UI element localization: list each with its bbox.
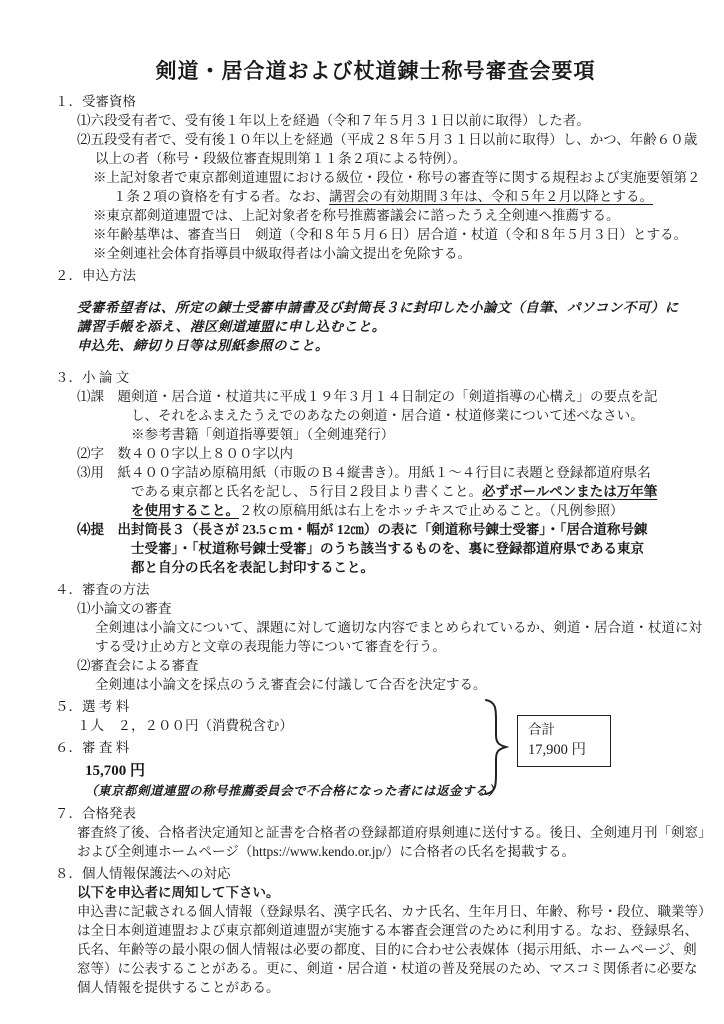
results-line-2: および全剣連ホームページ（https://www.kendo.or.jp/）に合… xyxy=(77,842,696,861)
document-page: 剣道・居合道および杖道錬士称号審査会要項 １．受審資格 ⑴六段受有者で、受有後１… xyxy=(0,0,724,1024)
essay-submit-line-3: 都と自分の氏名を表記し封印すること。 xyxy=(131,558,696,577)
eligibility-note-4: ※全剣連社会体育指導員中級取得者は小論文提出を免除する。 xyxy=(93,244,696,263)
exam-fee-refund-note: （東京都剣道連盟の称号推薦委員会で不合格になった者には返金する） xyxy=(85,782,696,801)
section-screening: ４．審査の方法 ⑴小論文の審査 全剣連は小論文について、課題に対して適切な内容で… xyxy=(55,580,696,694)
application-note-1: 受審希望者は、所定の錬士受審申請書及び封筒長３に封印した小論文（自筆、パソコン不… xyxy=(77,298,696,317)
essay-paper-text-3: ２枚の原稿用紙は右上をホッチキスで止めること。（凡例参照） xyxy=(239,503,623,518)
total-brace xyxy=(483,697,509,797)
privacy-line-3: 氏名、年齢等の最小限の個人情報は必要の都度、目的に合わせ公表媒体（掲示用紙、ホー… xyxy=(77,940,696,959)
application-note-2: 講習手帳を添え、港区剣道連盟に申し込むこと。 xyxy=(77,317,696,336)
essay-paper-line-3: を使用すること。２枚の原稿用紙は右上をホッチキスで止めること。（凡例参照） xyxy=(131,501,696,520)
essay-paper-pen-warning-2: を使用すること。 xyxy=(131,503,239,518)
essay-paper-pen-warning-1: 必ずボールペンまたは万年筆 xyxy=(482,484,657,499)
section-privacy: ８．個人情報保護法への対応 以下を申込者に周知して下さい。 申込書に記載される個… xyxy=(55,864,696,997)
total-box: 合計 17,900 円 xyxy=(517,715,611,767)
essay-submit-text-1: 封筒長３（長さが 23.5ｃｍ・幅が 12㎝）の表に「剣道称号錬士受審」・「居合… xyxy=(131,522,647,537)
note-1-plain: １条２項の資格を有する者。なお、 xyxy=(113,189,329,204)
note-1-underlined: 講習会の有効期間３年は、令和５年２月以降とする。 xyxy=(329,189,653,204)
screening-item-1-title: ⑴小論文の審査 xyxy=(77,599,696,618)
screening-item-1-line-2: する受け止め方と文章の表現能力等について審査を行う。 xyxy=(95,637,696,656)
essay-topic-line-1: ⑴課 題剣道・居合道・杖道共に平成１９年３月１４日制定の「剣道指導の心構え」の要… xyxy=(131,387,696,406)
eligibility-item-2-line-2: 以上の者（称号・段級位審査規則第１１条２項による特例）。 xyxy=(95,149,696,168)
application-note-3: 申込先、締切り日等は別紙参照のこと。 xyxy=(77,336,696,355)
eligibility-item-1: ⑴六段受有者で、受有後１年以上を経過（令和７年５月３１日以前に取得）した者。 xyxy=(77,111,696,130)
essay-submit-label: ⑷提 出 xyxy=(77,520,131,539)
essay-count-label: ⑵字 数 xyxy=(77,444,131,463)
section-essay-heading: ３．小 論 文 xyxy=(55,368,696,387)
eligibility-note-2: ※東京都剣道連盟では、上記対象者を称号推薦審議会に諮ったうえ全剣連へ推薦する。 xyxy=(93,206,696,225)
eligibility-note-1-line-1: ※上記対象者で東京都剣道連盟における級位・段位・称号の審査等に関する規程および実… xyxy=(93,168,696,187)
privacy-line-2: は全日本剣道連盟および東京都剣道連盟が実施する本審査会運営のために利用する。なお… xyxy=(77,921,696,940)
fees-block: ５．選 考 料 １人 ２，２００円（消費税含む） ６．審 査 料 15,700 … xyxy=(55,697,696,801)
total-amount: 17,900 円 xyxy=(528,740,598,761)
section-results: ７．合格発表 審査終了後、合格者決定通知と証書を合格者の登録都道府県剣連に送付す… xyxy=(55,804,696,861)
essay-topic-label: ⑴課 題 xyxy=(77,387,131,406)
essay-paper-label: ⑶用 紙 xyxy=(77,463,131,482)
section-eligibility-heading: １．受審資格 xyxy=(55,92,696,111)
screening-item-1-line-1: 全剣連は小論文について、課題に対して適切な内容でまとめられているか、剣道・居合道… xyxy=(95,618,696,637)
results-line-1: 審査終了後、合格者決定通知と証書を合格者の登録都道府県剣連に送付する。後日、全剣… xyxy=(77,823,696,842)
screening-item-2-line-1: 全剣連は小論文を採点のうえ審査会に付議して合否を決定する。 xyxy=(95,675,696,694)
essay-paper-line-1: ⑶用 紙４００字詰め原稿用紙（市販のＢ４縦書き）。用紙１～４行目に表題と登録都道… xyxy=(131,463,696,482)
section-essay: ３．小 論 文 ⑴課 題剣道・居合道・杖道共に平成１９年３月１４日制定の「剣道指… xyxy=(55,368,696,577)
screening-item-2-title: ⑵審査会による審査 xyxy=(77,656,696,675)
eligibility-item-2-line-1: ⑵五段受有者で、受有後１０年以上を経過（平成２８年５月３１日以前に取得）し、かつ… xyxy=(77,130,696,149)
section-screening-heading: ４．審査の方法 xyxy=(55,580,696,599)
total-label: 合計 xyxy=(528,719,598,740)
section-selection-fee-heading: ５．選 考 料 xyxy=(55,697,696,716)
section-eligibility: １．受審資格 ⑴六段受有者で、受有後１年以上を経過（令和７年５月３１日以前に取得… xyxy=(55,92,696,263)
privacy-line-4: 窓等）に公表することがある。更に、剣道・居合道・杖道の普及発展のため、マスコミ関… xyxy=(77,959,696,978)
essay-topic-reference: ※参考書籍「剣道指導要領」（全剣連発行） xyxy=(131,425,696,444)
section-privacy-heading: ８．個人情報保護法への対応 xyxy=(55,864,696,883)
eligibility-note-1-line-2: １条２項の資格を有する者。なお、講習会の有効期間３年は、令和５年２月以降とする。 xyxy=(113,187,696,206)
page-title: 剣道・居合道および杖道錬士称号審査会要項 xyxy=(55,56,696,86)
section-results-heading: ７．合格発表 xyxy=(55,804,696,823)
privacy-line-5: 個人情報を提供することがある。 xyxy=(77,978,696,997)
essay-topic-text: 剣道・居合道・杖道共に平成１９年３月１４日制定の「剣道指導の心構え」の要点を記 xyxy=(131,389,658,404)
essay-submit-line-2: 士受審」・「杖道称号錬士受審」のうち該当するものを、裏に登録都道府県である東京 xyxy=(131,539,696,558)
section-application-heading: ２．申込方法 xyxy=(55,266,696,285)
essay-paper-text-1: ４００字詰め原稿用紙（市販のＢ４縦書き）。用紙１～４行目に表題と登録都道府県名 xyxy=(131,465,651,480)
eligibility-note-3: ※年齢基準は、審査当日 剣道（令和８年５月６日）居合道・杖道（令和８年５月３日）… xyxy=(93,225,696,244)
essay-submit-line-1: ⑷提 出封筒長３（長さが 23.5ｃｍ・幅が 12㎝）の表に「剣道称号錬士受審」… xyxy=(131,520,696,539)
essay-count-text: ４００字以上８００字以内 xyxy=(131,446,293,461)
privacy-line-1: 申込書に記載される個人情報（登録県名、漢字氏名、カナ氏名、生年月日、年齢、称号・… xyxy=(77,902,696,921)
essay-paper-line-2: である東京都と氏名を記し、５行目２段目より書くこと。必ずボールペンまたは万年筆 xyxy=(131,482,696,501)
essay-count-line: ⑵字 数４００字以上８００字以内 xyxy=(131,444,696,463)
essay-paper-text-2: である東京都と氏名を記し、５行目２段目より書くこと。 xyxy=(131,484,482,499)
essay-topic-line-2: し、それをふまえたうえでのあなたの剣道・居合道・杖道修業について述べなさい。 xyxy=(131,406,696,425)
privacy-notice: 以下を申込者に周知して下さい。 xyxy=(77,883,696,902)
section-application: ２．申込方法 受審希望者は、所定の錬士受審申請書及び封筒長３に封印した小論文（自… xyxy=(55,266,696,355)
